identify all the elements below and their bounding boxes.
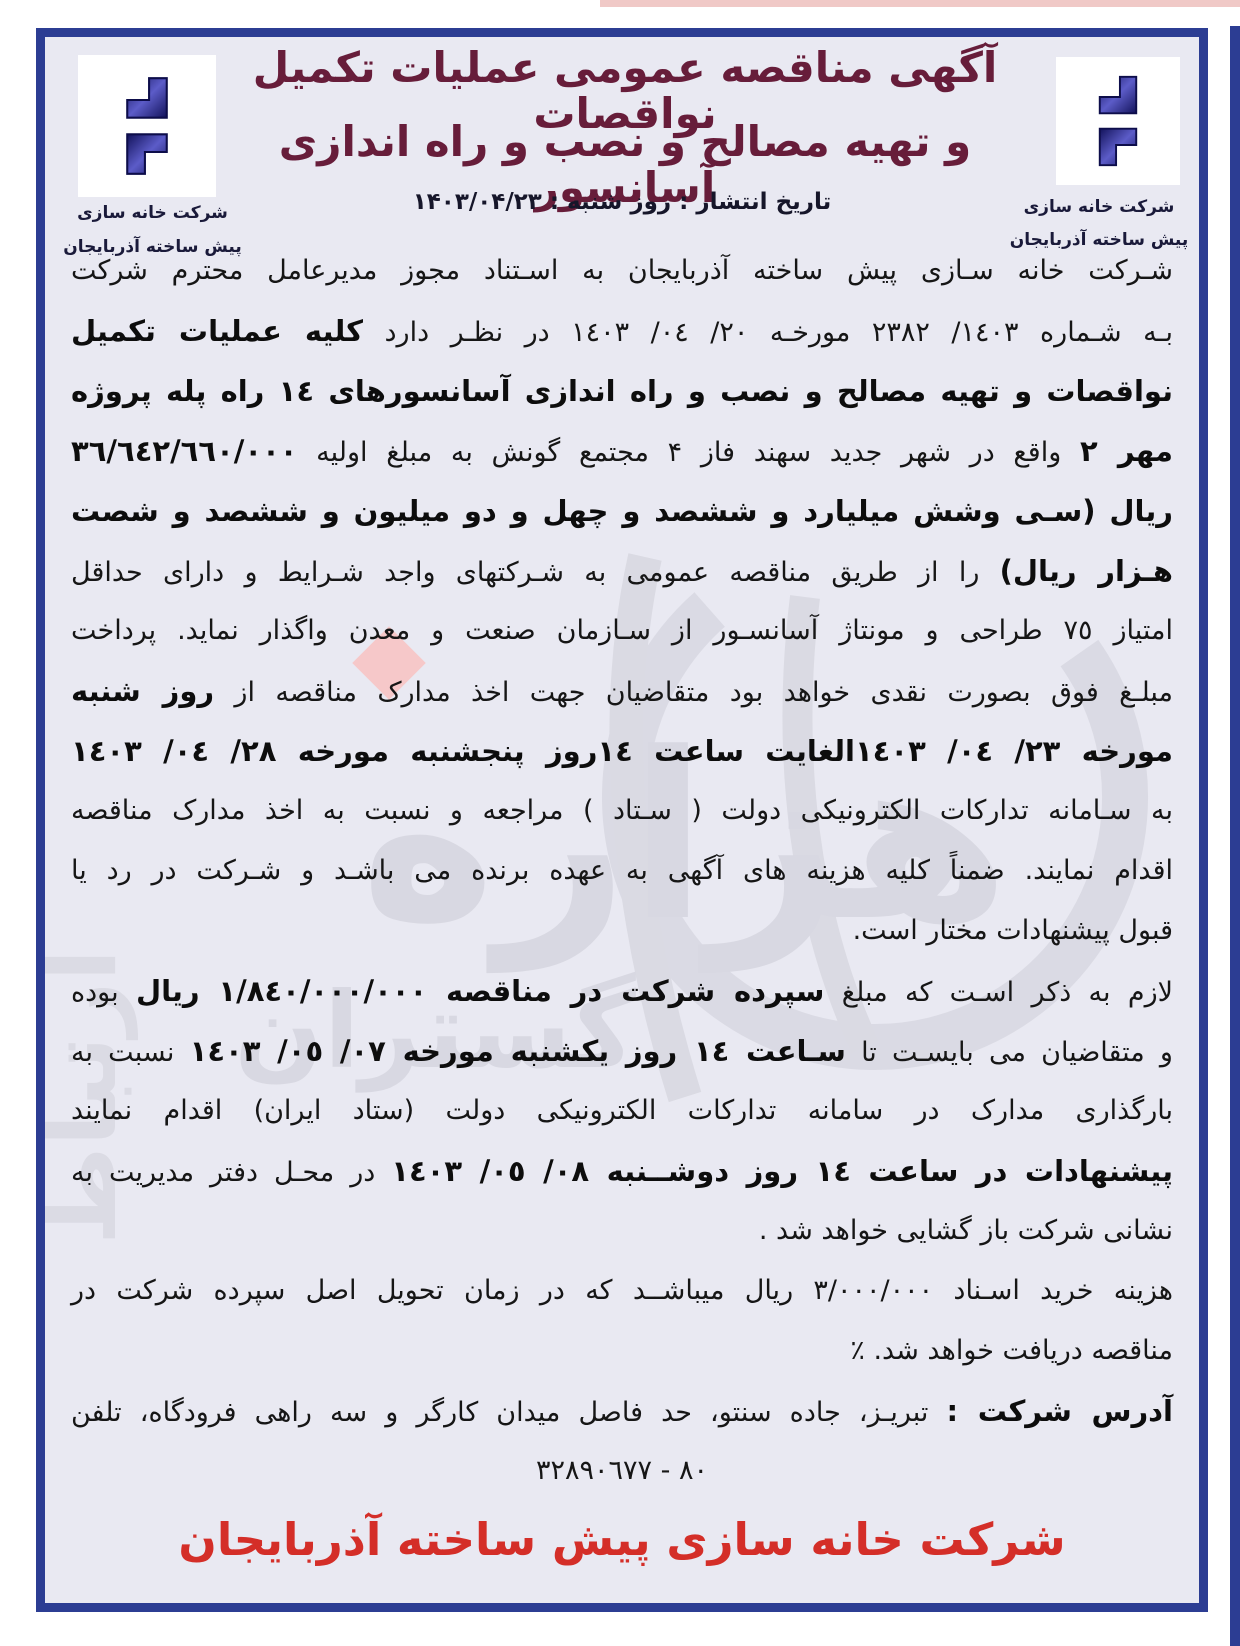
body-segment-bold: روز شنبه [71, 674, 214, 708]
footer-company-name: شرکت خانه سازی پیش ساخته آذربایجان [45, 1513, 1199, 1566]
body-line: مبلـغ فوق بصورت نقدی خواهد بود متقاضیان … [71, 661, 1173, 721]
body-line: مهر ٢ واقع در شهر جدید سهند فاز ۴ مجتمع … [71, 421, 1173, 481]
body-segment-bold: کلیه عملیات تکمیل [71, 314, 363, 348]
body-segment-bold: هـزار ریال) [1000, 554, 1173, 588]
body-segment: بـه شـماره ١٤٠٣/ ٢٣٨٢ مورخـه ٢٠/ ٠٤/ ١٤٠… [363, 317, 1173, 348]
body-line: ٨٠ - ٣٢٨٩٠٦٧٧ [71, 1441, 1173, 1501]
body-segment-bold: سپرده شرکت در مناقصه ١/٨٤٠/٠٠٠/٠٠٠ ریال [136, 974, 824, 1008]
body-segment: لازم به ذکر اسـت که مبلغ [824, 977, 1173, 1008]
body-segment-bold: مورخه ٢٣/ ٠٤/ ١٤٠٣الغایت ساعت ١٤روز پنجش… [71, 734, 1173, 768]
body-segment: ٨٠ - ٣٢٨٩٠٦٧٧ [536, 1455, 708, 1486]
body-segment-bold: نواقصات و تهیه مصالح و نصب و راه اندازی … [71, 374, 1173, 408]
body-segment: به سـامانه تدارکات الکترونیکی دولت ( سـت… [71, 795, 1173, 826]
body-segment: قبول پیشنهادات مختار است. [853, 915, 1173, 946]
company-logo-right [1056, 57, 1180, 185]
body-segment: تبریـز، جاده سنتو، حد فاصل میدان کارگر و… [71, 1397, 947, 1428]
body-segment: نسبت به [71, 1037, 190, 1068]
body-line: مناقصه دریافت خواهد شد. ٪ [71, 1321, 1173, 1381]
body-line: پیشنهادات در ساعت ١٤ روز دوشــنبه ٠٨/ ٠٥… [71, 1141, 1173, 1201]
body-segment: امتیاز ٧٥ طراحی و مونتاژ آسانسـور از سـا… [71, 615, 1173, 646]
body-line: امتیاز ٧٥ طراحی و مونتاژ آسانسـور از سـا… [71, 601, 1173, 661]
body-text: شـرکت خانه سـازی پیش ساخته آذربایجان به … [71, 241, 1173, 1501]
company-logo-left [78, 55, 216, 197]
body-line: لازم به ذکر اسـت که مبلغ سپرده شرکت در م… [71, 961, 1173, 1021]
body-segment: و متقاضیان می بایسـت تا [846, 1037, 1173, 1068]
body-line: بـه شـماره ١٤٠٣/ ٢٣٨٢ مورخـه ٢٠/ ٠٤/ ١٤٠… [71, 301, 1173, 361]
body-line: بارگذاری مدارک در سامانه تدارکات الکترون… [71, 1081, 1173, 1141]
body-segment: شـرکت خانه سـازی پیش ساخته آذربایجان به … [71, 255, 1173, 286]
body-segment-bold: ریال (سـی وشش میلیارد و ششصد و چهل و دو … [71, 494, 1173, 528]
adjacent-column-rule [1230, 26, 1240, 1646]
body-segment: اقدام نمایند. ضمناً کلیه هزینه های آگهی … [71, 855, 1173, 886]
publish-date: تاریخ انتشار : روز شنبه : ۱۴۰۳/۰۴/۲۳ [45, 189, 1199, 215]
body-segment-bold: سـاعت ١٤ روز یکشنبه مورخه ٠٧/ ٠٥/ ١٤٠٣ [190, 1034, 846, 1068]
body-line: نواقصات و تهیه مصالح و نصب و راه اندازی … [71, 361, 1173, 421]
body-line: قبول پیشنهادات مختار است. [71, 901, 1173, 961]
newspaper-ad-page: هزاره گستران ارتباط شرکت خانه سازی پیش س… [0, 0, 1240, 1646]
body-segment-bold: مهر ٢ [1080, 434, 1173, 468]
body-segment: هزینه خرید اسـناد ٣/٠٠٠/٠٠٠ ریال میباشــ… [71, 1275, 1173, 1306]
body-line: شـرکت خانه سـازی پیش ساخته آذربایجان به … [71, 241, 1173, 301]
body-line: مورخه ٢٣/ ٠٤/ ١٤٠٣الغایت ساعت ١٤روز پنجش… [71, 721, 1173, 781]
body-line: به سـامانه تدارکات الکترونیکی دولت ( سـت… [71, 781, 1173, 841]
body-line: هـزار ریال) را از طریق مناقصه عمومی به ش… [71, 541, 1173, 601]
body-line: و متقاضیان می بایسـت تا سـاعت ١٤ روز یکش… [71, 1021, 1173, 1081]
body-line: هزینه خرید اسـناد ٣/٠٠٠/٠٠٠ ریال میباشــ… [71, 1261, 1173, 1321]
body-segment: را از طریق مناقصه عمومی به شـرکتهای واجد… [71, 557, 1000, 588]
body-line: آدرس شرکت : تبریـز، جاده سنتو، حد فاصل م… [71, 1381, 1173, 1441]
body-line: ریال (سـی وشش میلیارد و ششصد و چهل و دو … [71, 481, 1173, 541]
top-pink-strip [600, 0, 1240, 7]
body-line: اقدام نمایند. ضمناً کلیه هزینه های آگهی … [71, 841, 1173, 901]
body-segment: واقع در شهر جدید سهند فاز ۴ مجتمع گونش ب… [297, 437, 1079, 468]
company-logo-icon [95, 70, 199, 182]
body-segment-bold: آدرس شرکت : [947, 1394, 1173, 1428]
company-logo-icon [1070, 70, 1166, 172]
body-segment: بارگذاری مدارک در سامانه تدارکات الکترون… [71, 1095, 1173, 1126]
body-line: نشانی شرکت باز گشایی خواهد شد . [71, 1201, 1173, 1261]
body-segment-bold: پیشنهادات در ساعت ١٤ روز دوشــنبه ٠٨/ ٠٥… [391, 1154, 1173, 1188]
body-segment: بوده [71, 977, 136, 1008]
body-segment: نشانی شرکت باز گشایی خواهد شد . [759, 1215, 1173, 1246]
body-segment: مناقصه دریافت خواهد شد. ٪ [850, 1335, 1173, 1366]
body-segment-bold: ٣٦/٦٤٢/٦٦٠/٠٠٠ [71, 434, 297, 468]
ad-frame: هزاره گستران ارتباط شرکت خانه سازی پیش س… [36, 28, 1208, 1612]
body-segment: مبلـغ فوق بصورت نقدی خواهد بود متقاضیان … [214, 677, 1173, 708]
body-segment: در محـل دفتر مدیریت به [71, 1157, 391, 1188]
